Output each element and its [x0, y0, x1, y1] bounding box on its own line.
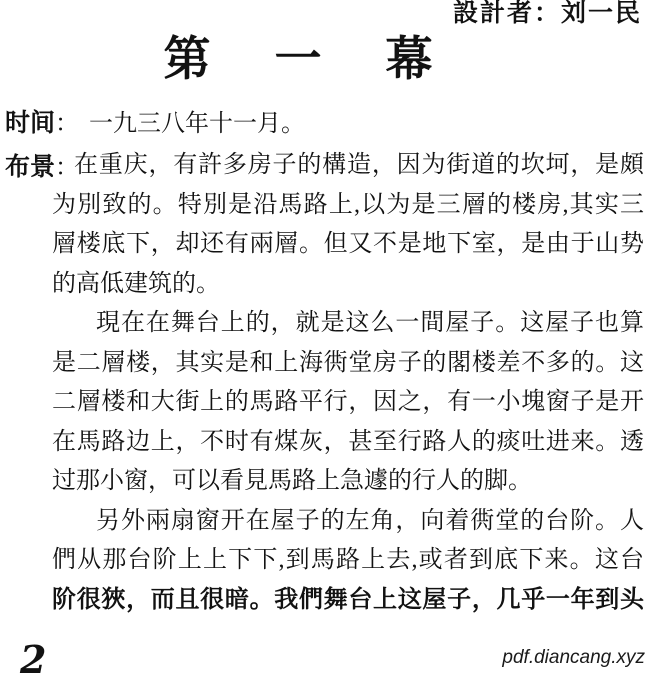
scene-line: 为別致的。特別是沿馬路上,以为是三層的楼房,其实三 — [0, 186, 644, 226]
scene-line: 阶很狹，而且很暗。我們舞台上这屋子，几乎一年到头 — [0, 581, 644, 621]
scene-line: 層楼底下，却还有兩層。但又不是地下室，是由于山势 — [0, 225, 644, 265]
scene-line: 在馬路边上，不时有煤灰，甚至行路人的痰吐进来。透 — [0, 423, 644, 463]
page-number: 2 — [20, 637, 46, 682]
scene-line: 是二層楼，其实是和上海衖堂房子的閣楼差不多的。这 — [0, 344, 644, 384]
scene-label: 布景 — [5, 154, 55, 181]
time-value: 一九三八年十一月。 — [89, 111, 305, 137]
scene-line: 过那小窗，可以看見馬路上急遽的行人的脚。 — [0, 462, 644, 502]
scene-line: 另外兩扇窗开在屋子的左角，向着衖堂的台阶。人 — [0, 502, 644, 542]
scanned-script-page: 設計者：刘一民 第一幕 时间：一九三八年十一月。 布景： 在重庆，有許多房子的構… — [0, 0, 660, 690]
time-line: 时间：一九三八年十一月。 — [5, 103, 305, 139]
time-label: 时间 — [5, 110, 55, 137]
scene-line: 們从那台阶上上下下,到馬路上去,或者到底下来。这台 — [0, 541, 644, 581]
scene-line: 現在在舞台上的，就是这么一間屋子。这屋子也算 — [0, 304, 644, 344]
scene-section: 布景： 在重庆，有許多房子的構造，因为街道的坎坷，是頗 为別致的。特別是沿馬路上… — [0, 146, 644, 620]
act-title: 第一幕 — [0, 22, 660, 89]
watermark-text: pdf.diancang.xyz — [502, 647, 645, 669]
scene-line: 二層楼和大街上的馬路平行，因之，有一小塊窗子是开 — [0, 383, 644, 423]
scene-label-wrap: 布景： — [5, 147, 79, 183]
scene-line: 的高低建筑的。 — [0, 265, 644, 305]
scene-colon: ： — [55, 155, 79, 181]
time-colon: ： — [55, 111, 79, 137]
scene-line: 在重庆，有許多房子的構造，因为街道的坎坷，是頗 — [0, 146, 644, 186]
